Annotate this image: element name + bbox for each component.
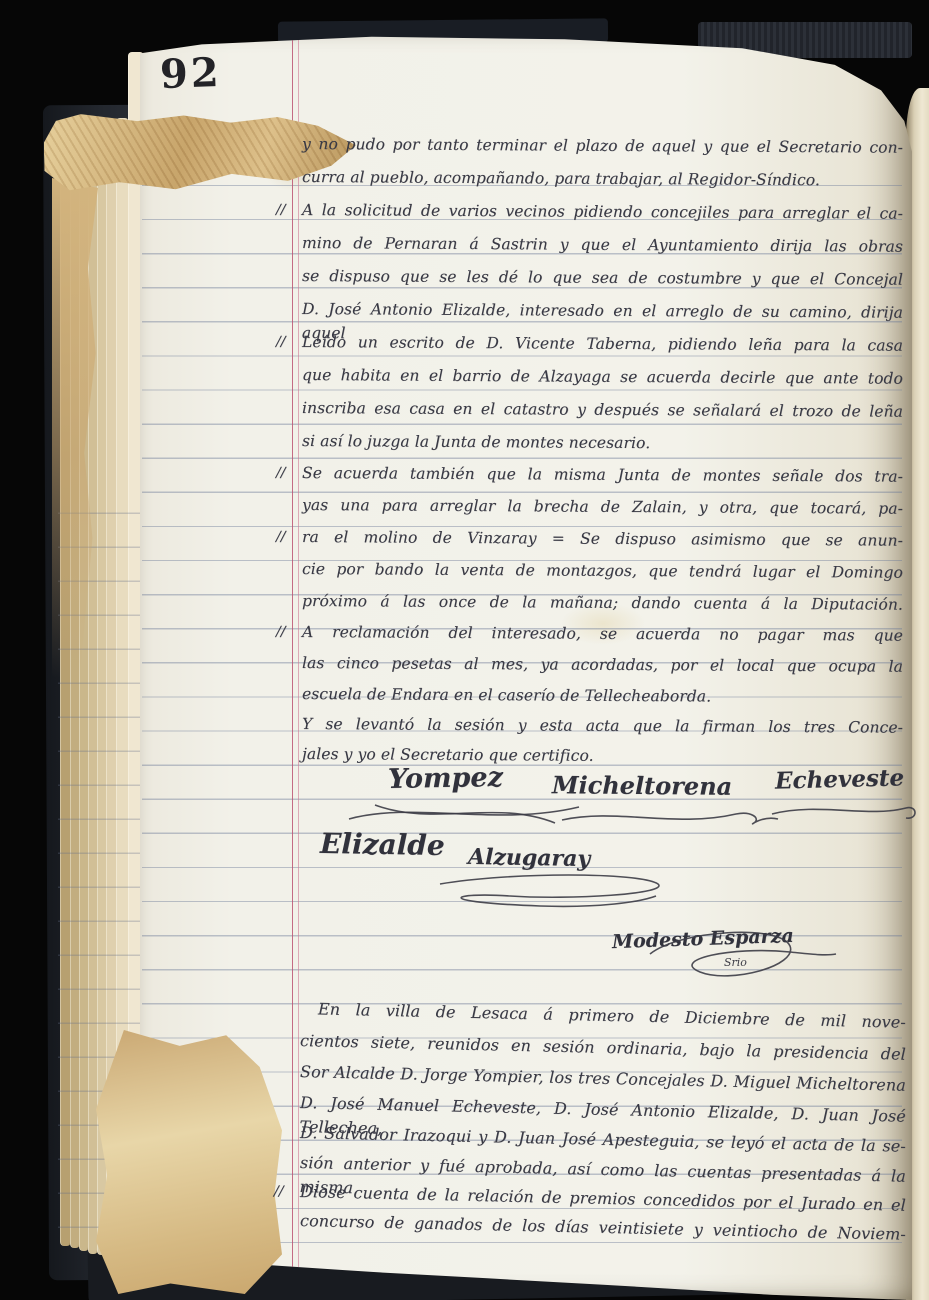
manuscript-line: //Leído un escrito de D. Vicente Taberna… <box>302 330 903 358</box>
manuscript-line: Y se levantó la sesión y esta acta que l… <box>302 712 903 740</box>
manuscript-line: próximo á las once de la mañana; dando c… <box>302 589 903 617</box>
book-scan: 92 y no pudo por tanto terminar el plazo… <box>0 0 929 1300</box>
signature-flourish <box>768 798 920 826</box>
manuscript-line: //ra el molino de Vinzaray = Se dispuso … <box>302 525 903 553</box>
margin-line <box>292 40 299 1280</box>
manuscript-line: y no pudo por tanto terminar el plazo de… <box>302 132 903 160</box>
manuscript-line: si así lo juzga la Junta de montes neces… <box>302 429 903 457</box>
item-marker: // <box>276 198 286 222</box>
signature-flourish <box>640 928 840 986</box>
manuscript-line: escuela de Endara en el caserío de Telle… <box>302 682 903 710</box>
manuscript-line: cie por bando la venta de montazgos, que… <box>302 557 903 585</box>
manuscript-line: mino de Pernaran á Sastrin y que el Ayun… <box>302 231 903 259</box>
manuscript-line: yas una para arreglar la brecha de Zalai… <box>302 493 903 521</box>
manuscript-line: curra al pueblo, acompañando, para traba… <box>302 165 903 193</box>
item-marker: // <box>276 330 286 354</box>
signature-concejal-2: Echeveste <box>775 764 905 794</box>
item-marker: // <box>276 525 286 549</box>
page-number: 92 <box>159 49 222 98</box>
manuscript-line: que habita en el barrio de Alzayaga se a… <box>302 363 903 391</box>
manuscript-line: se dispuso que se les dé lo que sea de c… <box>302 264 903 292</box>
signature-concejal-3: Elizalde <box>320 827 445 862</box>
manuscript-line: D. José Antonio Elizalde, interesado en … <box>302 297 903 325</box>
signature-flourish <box>345 797 583 829</box>
signature-flourish <box>556 806 786 830</box>
item-marker: // <box>274 1179 284 1203</box>
manuscript-line: //A reclamación del interesado, se acuer… <box>302 620 903 648</box>
signature-flourish <box>420 866 676 910</box>
item-marker: // <box>276 620 286 644</box>
manuscript-line: //Se acuerda también que la misma Junta … <box>302 461 903 489</box>
manuscript-line: inscriba esa casa en el catastro y despu… <box>302 396 903 424</box>
spine-tear-bottom <box>96 1030 282 1294</box>
manuscript-line: //A la solicitud de varios vecinos pidie… <box>302 198 903 226</box>
signature-concejal-1: Micheltorena <box>552 770 732 801</box>
manuscript-line: las cinco pesetas al mes, ya acordadas, … <box>302 651 903 679</box>
item-marker: // <box>276 461 286 485</box>
signature-alcalde: Yompez <box>388 762 503 795</box>
